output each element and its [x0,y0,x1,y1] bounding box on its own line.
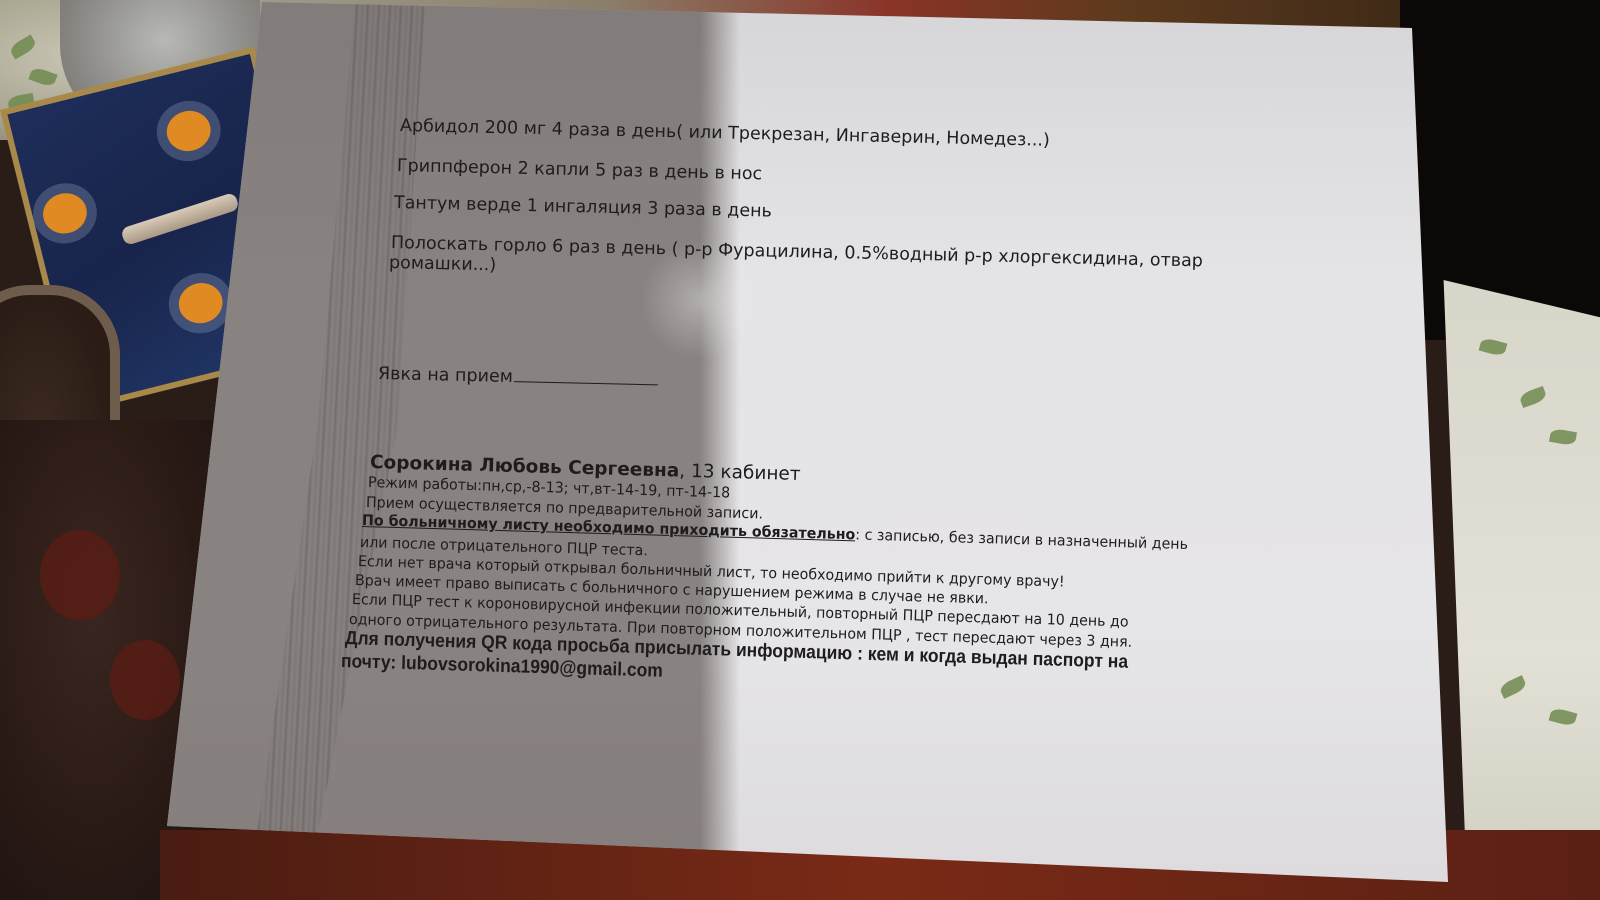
document-text: Арбидол 200 мг 4 раза в день( или Трекре… [0,0,1600,900]
prescription-line: Арбидол 200 мг 4 раза в день( или Трекре… [400,116,1050,151]
prescription-line: Полоскать горло 6 раз в день ( р-р Фурац… [391,233,1203,271]
email-prefix: почту: [341,651,402,674]
prescription-line: Гриппферон 2 капли 5 раз в день в нос [397,156,763,184]
sick-leave-rest: : с записью, без записи в назначенный де… [855,526,1188,553]
appointment-label: Явка на прием [378,364,513,387]
doctor-office: , 13 кабинет [679,461,801,485]
appointment-blank [514,367,658,385]
appointment-line: Явка на прием [378,364,658,390]
prescription-line: ромашки...) [389,253,497,275]
prescription-line: Тантум верде 1 ингаляция 3 раза в день [394,193,772,222]
